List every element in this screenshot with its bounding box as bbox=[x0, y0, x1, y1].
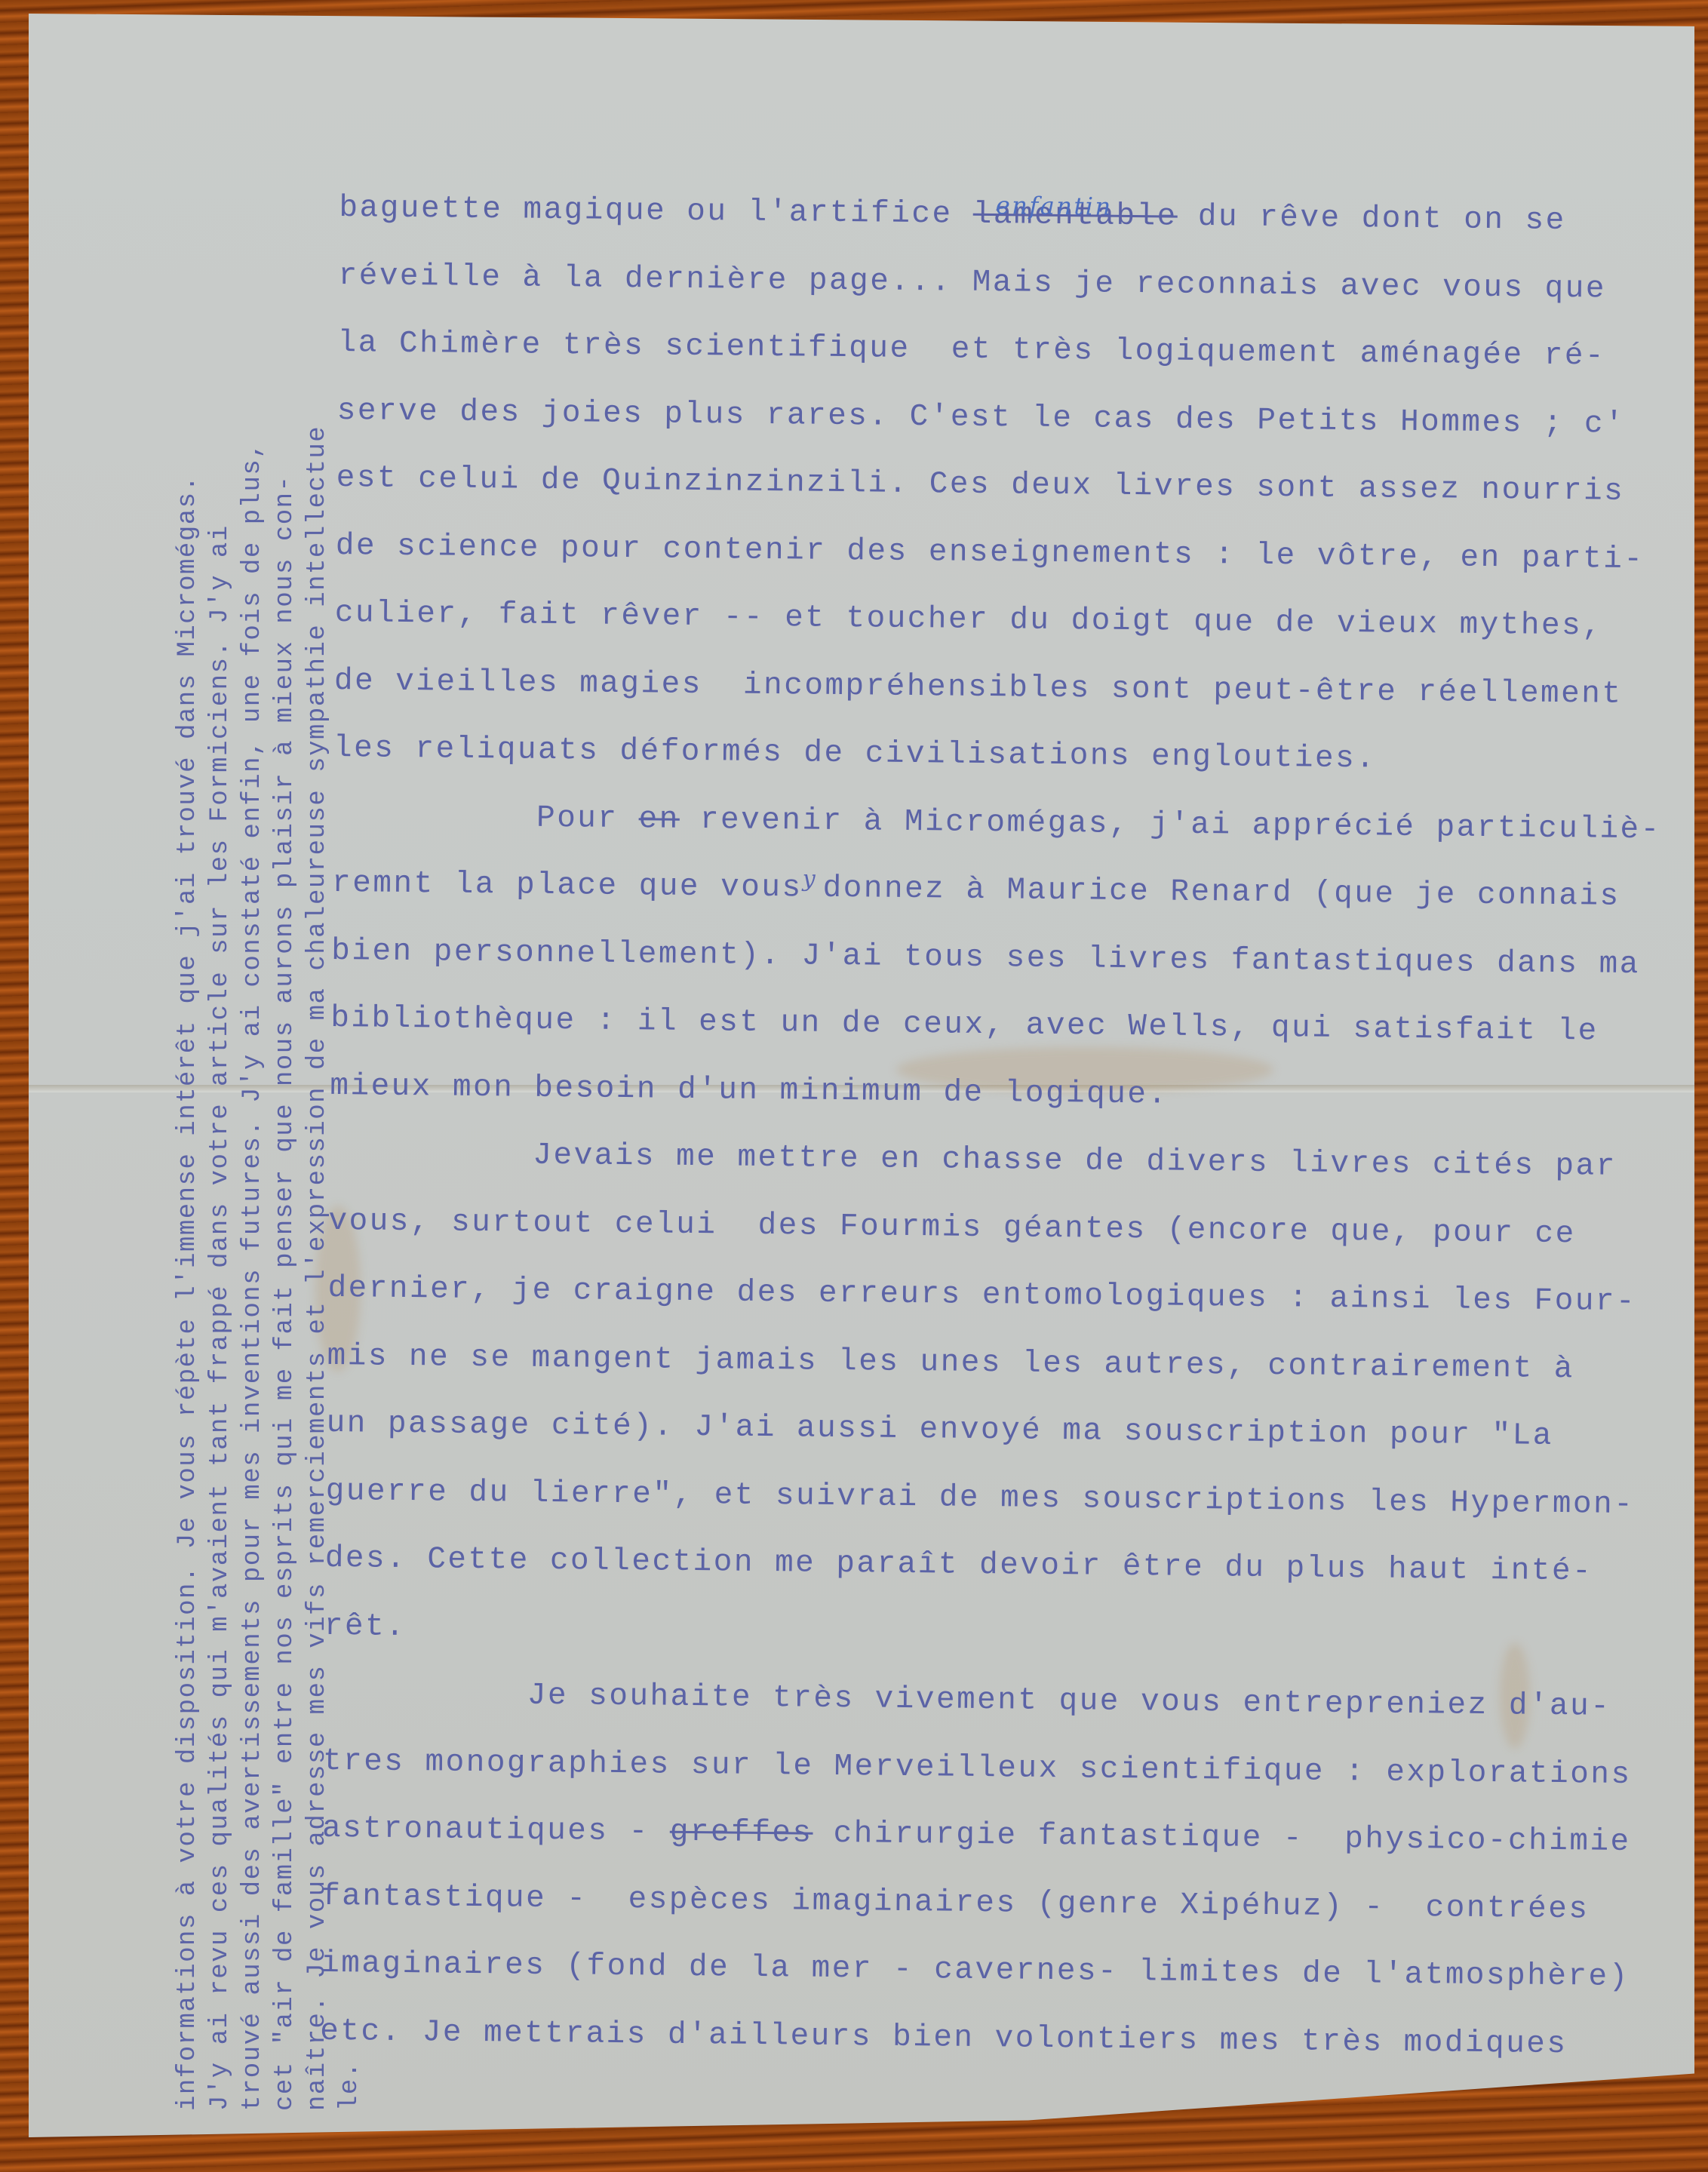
body-line: mieux mon besoin d'un minimum de logique… bbox=[330, 1052, 1666, 1134]
margin-line: informations à votre disposition. Je vou… bbox=[172, 0, 204, 2111]
margin-line: J'y ai revu ces qualités qui m'avaient t… bbox=[204, 0, 237, 2111]
body-line: etc. Je mettrais d'ailleurs bien volonti… bbox=[320, 1998, 1656, 2079]
struck-word: en bbox=[638, 802, 680, 837]
body-line: des. Cette collection me paraît devoir ê… bbox=[324, 1525, 1660, 1607]
struck-word: lamentableenfantin bbox=[972, 198, 1178, 235]
handwritten-correction: enfantin bbox=[995, 172, 1113, 241]
body-line: les reliquats déformés de civilisations … bbox=[333, 715, 1670, 797]
letter-body: baguette magique ou l'artifice lamentabl… bbox=[320, 175, 1675, 2079]
margin-line: trouvé aussi des avertissements pour mes… bbox=[237, 0, 269, 2111]
margin-line: cet "air de famille" entre nos esprits q… bbox=[269, 0, 302, 2111]
handwritten-insertion: y bbox=[802, 845, 817, 913]
struck-word: greffes bbox=[670, 1815, 813, 1851]
